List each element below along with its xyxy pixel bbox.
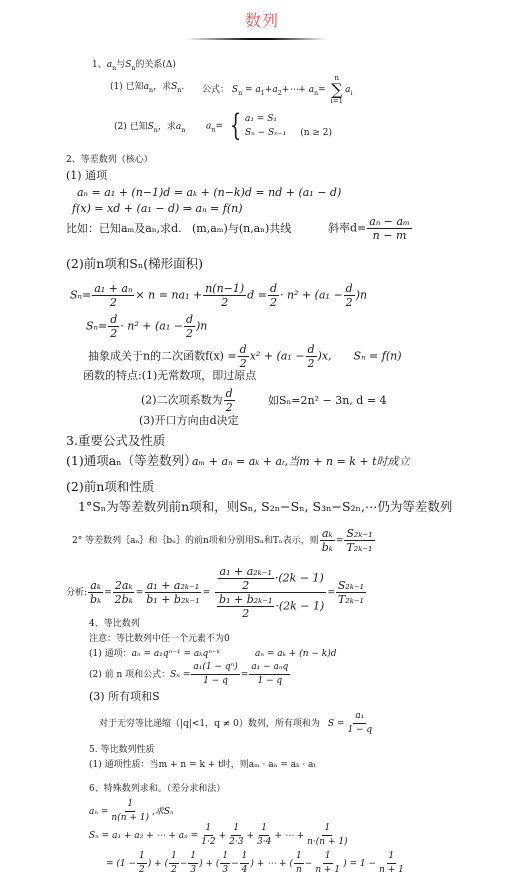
text: 与: [116, 60, 125, 70]
denominator: 1 − q: [255, 675, 284, 688]
denominator: 2: [240, 579, 251, 592]
brace-icon: {: [230, 112, 241, 140]
fraction: 1n: [294, 850, 304, 877]
text: ，求: [158, 122, 176, 132]
sec1-formula: 公式： Sn = a1+a2+⋯+ an= n∑i=1ai: [202, 74, 352, 105]
denominator: n + 1: [377, 864, 406, 877]
text: ·(2k − 1): [275, 600, 324, 613]
title-divider: [185, 38, 327, 40]
fraction: d2: [184, 313, 195, 340]
numerator: a₁ + aₙ: [92, 282, 134, 296]
denominator: bₖ: [88, 593, 103, 606]
text: +: [219, 831, 227, 841]
denominator: T₂ₖ₋₁: [336, 593, 366, 606]
sec2-feature2: (2)二次项系数为d2: [141, 387, 236, 414]
fraction: 13·4: [255, 822, 273, 849]
sec2-abstract: 抽象成关于n的二次函数f(x) =d2x² + (a₁ −d2)x,Sₙ = f…: [88, 343, 402, 370]
text: =: [336, 536, 344, 546]
text: .: [181, 82, 184, 92]
sec2-sn1: Sₙ=a₁ + aₙ2× n = na₁ +n(n−1)2d =d2· n² +…: [70, 282, 367, 309]
sym: = a: [242, 85, 261, 95]
denominator: 2bₖ: [113, 593, 135, 606]
denominator: 3: [220, 864, 230, 877]
numerator: n(n−1): [203, 282, 246, 296]
sec6-heading: 6、特殊数列求和。（差分求和法）: [89, 782, 225, 796]
text: + ⋯ +: [274, 831, 304, 841]
denominator: 3: [188, 864, 198, 877]
numerator: 1: [188, 850, 198, 864]
sec2-slope: 斜率d=aₙ − aₘn − m: [328, 215, 413, 242]
compound-fraction: a₁ + a₂ₖ₋₁2·(2k − 1) b₁ + b₂ₖ₋₁2·(2k − 1…: [214, 565, 326, 620]
fraction: 12: [137, 850, 147, 877]
label: 分析:: [66, 588, 87, 598]
numerator: S₂ₖ₋₁: [336, 579, 366, 593]
sec5-heading: 5. 等比数列性质: [89, 743, 154, 757]
sym: +⋯+ a: [282, 85, 314, 95]
sec2-sub1: (1) 通项: [66, 169, 107, 183]
label: (1) 已知: [110, 82, 144, 92]
text: = (1 −: [106, 859, 136, 869]
case-2: Sₙ − Sₙ₋₁: [245, 128, 286, 138]
fraction: a₁ + a₂ₖ₋₁b₁ + b₂ₖ₋₁: [144, 579, 201, 606]
sub: n: [181, 127, 185, 134]
numerator: d: [184, 313, 195, 327]
fraction: 1n·(n + 1): [305, 822, 349, 849]
sec2-example-sn: 如Sₙ=2n² − 3n, d = 4: [268, 394, 387, 408]
text: aₙ =: [89, 807, 108, 817]
fraction: 1n + 1: [313, 850, 342, 877]
sec2-heading: 2、等差数列（核心）: [66, 153, 153, 167]
sec4-p1: (1) 通项：aₙ = a₁qⁿ⁻¹ = aₖqⁿ⁻ᵏ: [89, 647, 220, 661]
text: 对于无穷等比递缩（|q|<1，q ≠ 0）数列，所有项和为: [99, 719, 320, 729]
numerator: d: [306, 343, 317, 357]
sec2-example: 比如：已知aₘ及aₙ,求d.: [66, 222, 182, 236]
slope-label: 斜率d=: [328, 222, 366, 235]
numerator: aₖ: [320, 527, 335, 541]
numerator: 1: [137, 850, 147, 864]
text: ) + (: [199, 859, 219, 869]
numerator: a₁ + a₂ₖ₋₁: [218, 565, 274, 579]
text: −: [305, 859, 313, 869]
fraction: a₁1 − q: [345, 710, 374, 737]
sec2-eq1: aₙ = a₁ + (n−1)d = aₖ + (n−k)d = nd + (a…: [77, 186, 341, 200]
denominator: n + 1: [313, 864, 342, 877]
text: 抽象成关于n的二次函数f(x) =: [88, 350, 237, 363]
fraction: d2: [268, 282, 279, 309]
text: Sₙ = a₁ + a₂ + ⋯ + aₙ =: [89, 831, 198, 841]
sec4-note: 注意：等比数列中任一个元素不为0: [89, 632, 230, 646]
label: (2) 已知: [114, 122, 148, 132]
sec3-p1-label: (1)通项aₙ（等差数列）: [66, 454, 197, 468]
sec2-sn2: Sₙ=d2· n² + (a₁ −d2)n: [86, 313, 207, 340]
numerator: 1: [294, 850, 304, 864]
denominator: b₁ + b₂ₖ₋₁: [144, 593, 201, 606]
piecewise-brace: { a₁ = S₁Sₙ − Sₙ₋₁(n ≥ 2): [226, 112, 332, 140]
text: · n² + (a₁ −: [120, 320, 183, 333]
numerator: a₁(1 − qⁿ): [191, 661, 239, 675]
sec2-features: 函数的特点:(1)无常数项，即过原点: [83, 369, 256, 383]
text: =: [203, 588, 211, 598]
text: ,求Sₙ: [152, 807, 174, 817]
fraction: d2: [224, 387, 235, 414]
denominator: 1·2: [199, 836, 217, 849]
text: )n: [196, 320, 207, 333]
text: =: [241, 670, 249, 680]
sec3-heading: 3.重要公式及性质: [66, 434, 165, 448]
formula-label: 公式：: [202, 85, 229, 95]
sec3-p2-2: 2° 等差数列｛aₙ｝和｛bₙ｝的前n项和分别用Sₙ和Tₙ表示，则aₖbₖ=S₂…: [72, 527, 376, 554]
fraction: S₂ₖ₋₁T₂ₖ₋₁: [336, 579, 366, 606]
text: S =: [328, 719, 345, 729]
denominator: 2: [184, 327, 195, 340]
numerator: 1: [125, 798, 135, 812]
denominator: 2: [219, 296, 230, 309]
fraction: a₁ − aₙq1 − q: [249, 661, 290, 688]
denominator: n: [294, 864, 304, 877]
fraction: 1n(n + 1): [109, 798, 151, 825]
sec2-sub2: (2)前n项和Sₙ(梯形面积): [66, 257, 203, 271]
sec1-item1: (1) 已知an，求Sn.: [110, 80, 184, 94]
numerator: 1: [323, 850, 333, 864]
summation-symbol: n∑i=1: [331, 74, 344, 105]
case-1: a₁ = S₁: [245, 112, 332, 126]
sec2-collinear: (m,aₘ)与(n,aₙ)共线: [192, 222, 291, 236]
fraction: 2aₖ2bₖ: [113, 579, 135, 606]
text: )n: [356, 289, 367, 302]
numerator: 1: [387, 850, 397, 864]
numerator: 1: [204, 822, 214, 836]
numerator: S₂ₖ₋₁: [344, 527, 374, 541]
fraction: n(n−1)2: [203, 282, 246, 309]
fraction: a₁ + a₂ₖ₋₁2: [218, 565, 274, 592]
denominator: 1 − q: [201, 675, 230, 688]
fraction: aₖbₖ: [88, 579, 103, 606]
text: +: [246, 831, 254, 841]
text: ·(2k − 1): [275, 572, 324, 585]
sec4-heading: 4、等比数列: [89, 617, 140, 631]
denominator: 3·4: [255, 836, 273, 849]
sec6-sum2: = (1 −12) + (12−13) + (13−14) + ⋯ + (1n−…: [106, 850, 407, 877]
text: ) + ⋯ + (: [250, 859, 293, 869]
numerator: 1: [240, 850, 250, 864]
sec4-p3-label: (3) 所有项和S: [89, 690, 160, 704]
sec3-p1-formula: aₘ + aₙ = aₖ + aₜ,当m + n = k + t时成立: [192, 455, 410, 469]
text: ) + (: [148, 859, 168, 869]
denominator: bₖ: [320, 541, 335, 554]
sec2-feature3: (3)开口方向由d决定: [139, 414, 239, 428]
sec6-given: aₙ =1n(n + 1),求Sₙ: [89, 798, 174, 825]
label: (2) 前 n 项和公式：: [89, 670, 170, 680]
denominator: 1 − q: [345, 724, 374, 737]
sub: i: [350, 90, 352, 97]
numerator: a₁ + a₂ₖ₋₁2·(2k − 1): [215, 565, 326, 593]
fraction: d2: [306, 343, 317, 370]
text: · n² + (a₁ −: [280, 289, 343, 302]
text: )x,: [318, 350, 332, 363]
sec1-piecewise: an= { a₁ = S₁Sₙ − Sₙ₋₁(n ≥ 2): [206, 112, 332, 140]
denominator: T₂ₖ₋₁: [344, 541, 374, 554]
text: =: [327, 588, 335, 598]
sec2-eq2: f(x) = xd + (a₁ − d) ⇒ aₙ = f(n): [72, 202, 243, 216]
fraction: S₂ₖ₋₁T₂ₖ₋₁: [344, 527, 374, 554]
text: (2)二次项系数为: [141, 394, 223, 407]
numerator: aₙ − aₘ: [367, 215, 412, 229]
numerator: d: [224, 387, 235, 401]
sec5-p1: (1) 通项性质：当m + n = k + t时，则aₘ · aₙ = aₖ ·…: [89, 758, 316, 772]
text: ，求: [153, 82, 171, 92]
fraction: 13: [188, 850, 198, 877]
text: =: [104, 588, 112, 598]
text: −: [180, 859, 188, 869]
fraction: d2: [108, 313, 119, 340]
denominator: n − m: [371, 229, 409, 242]
text: −: [231, 859, 239, 869]
sec3-analysis: 分析:aₖbₖ=2aₖ2bₖ=a₁ + a₂ₖ₋₁b₁ + b₂ₖ₋₁= a₁ …: [66, 565, 367, 620]
denominator: 2: [108, 296, 119, 309]
sigma-icon: ∑: [331, 82, 342, 97]
fraction: b₁ + b₂ₖ₋₁2: [217, 593, 274, 620]
text: =: [136, 588, 144, 598]
numerator: a₁: [353, 710, 366, 724]
text: d =: [247, 289, 267, 302]
label: (1) 通项：: [89, 649, 132, 659]
fraction: 12: [169, 850, 179, 877]
denominator: 4: [240, 864, 250, 877]
numerator: 1: [169, 850, 179, 864]
numerator: 1: [220, 850, 230, 864]
text: ) = 1 −: [343, 859, 376, 869]
numerator: 2aₖ: [113, 579, 135, 593]
denominator: 2: [224, 401, 235, 414]
denominator: 2·3: [227, 836, 245, 849]
fraction: 11·2: [199, 822, 217, 849]
fraction: 1n + 1: [377, 850, 406, 877]
text: 2° 等差数列｛aₙ｝和｛bₙ｝的前n项和分别用Sₙ和Tₙ表示，则: [72, 536, 319, 546]
denominator: b₁ + b₂ₖ₋₁2·(2k − 1): [214, 593, 326, 620]
sec4-p1-compare: aₙ = aₖ + (n − k)d: [255, 647, 336, 661]
fraction: a₁ + aₙ2: [92, 282, 134, 309]
denominator: n·(n + 1): [305, 836, 349, 849]
fraction: aₖbₖ: [320, 527, 335, 554]
sec3-p2-1: 1°Sₙ为等差数列前n项和，则Sₙ, S₂ₙ−Sₙ, S₃ₙ−S₂ₙ,⋯仍为等差…: [78, 500, 452, 514]
text: Sₙ =: [170, 670, 190, 680]
denominator: 2: [108, 327, 119, 340]
formula: aₙ = a₁qⁿ⁻¹ = aₖqⁿ⁻ᵏ: [132, 649, 220, 659]
text: =: [318, 85, 326, 95]
text: Sₙ=: [86, 320, 107, 333]
fraction: a₁(1 − qⁿ)1 − q: [191, 661, 239, 688]
sec4-p2: (2) 前 n 项和公式：Sₙ =a₁(1 − qⁿ)1 − q=a₁ − aₙ…: [89, 661, 291, 688]
numerator: a₁ + a₂ₖ₋₁: [145, 579, 201, 593]
denominator: 2: [240, 607, 251, 620]
numerator: 1: [259, 822, 269, 836]
denominator: 2: [169, 864, 179, 877]
numerator: d: [268, 282, 279, 296]
numerator: 1: [231, 822, 241, 836]
numerator: aₖ: [88, 579, 103, 593]
numerator: a₁ − aₙq: [249, 661, 290, 675]
text: Sₙ = f(n): [354, 350, 402, 363]
sym: +a: [265, 85, 278, 95]
text: x² + (a₁ −: [250, 350, 305, 363]
numerator: 1: [322, 822, 332, 836]
sum-bottom: i=1: [331, 97, 344, 105]
fraction: 14: [240, 850, 250, 877]
text: =: [215, 122, 223, 132]
page-title: 数列: [0, 8, 524, 31]
numerator: d: [108, 313, 119, 327]
fraction: d2: [344, 282, 355, 309]
fraction: d2: [238, 343, 249, 370]
sec3-p2-label: (2)前n项和性质: [66, 480, 154, 494]
sec1-item2: (2) 已知Sn，求an: [114, 120, 185, 134]
numerator: b₁ + b₂ₖ₋₁: [217, 593, 274, 607]
text: 的关系(Δ): [135, 60, 176, 70]
sec1-num: 1、: [92, 60, 107, 70]
fraction: aₙ − aₘn − m: [367, 215, 412, 242]
sec6-sum1: Sₙ = a₁ + a₂ + ⋯ + aₙ =11·2+12·3+13·4+ ⋯…: [89, 822, 351, 849]
condition: (n ≥ 2): [300, 128, 332, 138]
denominator: 2: [344, 296, 355, 309]
sec1-heading: 1、an与Sn的关系(Δ): [92, 58, 176, 72]
fraction: 13: [220, 850, 230, 877]
denominator: 2: [137, 864, 147, 877]
denominator: 2: [306, 357, 317, 370]
text: Sₙ=: [70, 289, 91, 302]
numerator: d: [238, 343, 249, 357]
sec4-p3: 对于无穷等比递缩（|q|<1，q ≠ 0）数列，所有项和为S =a₁1 − q: [99, 710, 375, 737]
denominator: 2: [268, 296, 279, 309]
fraction: 12·3: [227, 822, 245, 849]
text: × n = na₁ +: [135, 289, 202, 302]
numerator: d: [344, 282, 355, 296]
